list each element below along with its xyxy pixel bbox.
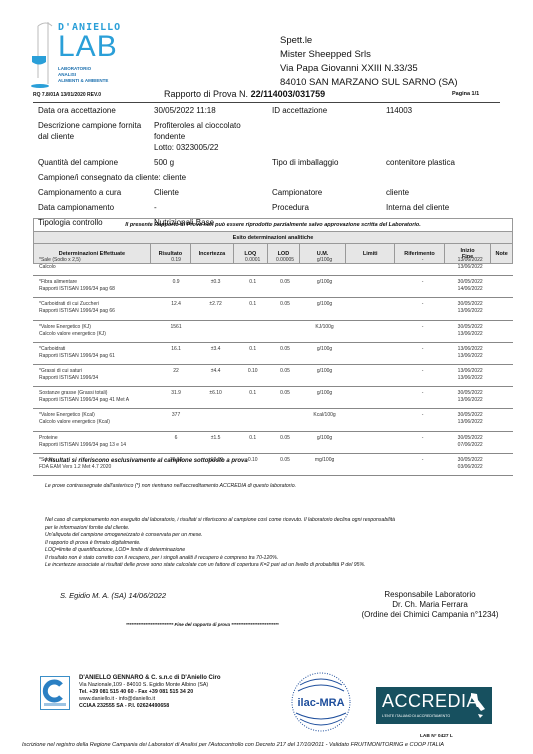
result-value: 22 — [157, 368, 195, 386]
test-name: *Sale (Sodio x 2,5) Calcolo — [33, 257, 157, 275]
info-label: Procedura — [272, 202, 386, 213]
result-value: 377 — [157, 412, 195, 430]
result-value: 12.4 — [157, 301, 195, 319]
lab-number: LAB N° 0427 L — [420, 734, 453, 739]
loq — [236, 412, 269, 430]
report-label: Rapporto di Prova N. — [164, 89, 248, 99]
info-value: Interna del cliente — [386, 202, 506, 213]
ilac-mra-logo: ilac-MRA — [290, 671, 352, 733]
company-address: Via Nazionale,109 - 84010 S. Egidio Mont… — [79, 682, 221, 689]
test-name: Proteine Rapporti ISTISAN 1996/34 pag 13… — [33, 435, 157, 453]
note — [494, 324, 513, 342]
company-phone: Tel. +39 081 515 40 60 - Fax +39 081 515… — [79, 689, 221, 696]
test-name: *Carboidrati di cui Zuccheri Rapporti IS… — [33, 301, 157, 319]
lod: 0.05 — [269, 390, 300, 408]
dates: 30/05/2022 07/06/2022 — [446, 435, 494, 453]
note — [494, 301, 513, 319]
reference: - — [399, 279, 447, 297]
limits — [348, 257, 398, 275]
lod: 0.05 — [269, 279, 300, 297]
dates: 13/06/2022 13/06/2022 — [446, 346, 494, 364]
result-value: 0.19 — [157, 257, 195, 275]
uncertainty: ±2.72 — [195, 301, 236, 319]
loq: 0.0001 — [236, 257, 269, 275]
unit: g/100g — [301, 435, 349, 453]
accredia-subtitle: L'ENTE ITALIANO DI ACCREDITAMENTO — [382, 714, 450, 718]
limits — [348, 279, 398, 297]
certification-logo — [40, 676, 70, 710]
unit: mg/100g — [301, 457, 349, 475]
signature-block: Responsabile Laboratorio Dr. Ch. Maria F… — [340, 590, 520, 620]
unit: g/100g — [301, 301, 349, 319]
reference: - — [399, 435, 447, 453]
test-name: *Valore Energetico (Kcal) Calcolo valore… — [33, 412, 157, 430]
registration-note: Iscrizione nel registro della Regione Ca… — [22, 742, 444, 748]
loq: 0.1 — [236, 346, 269, 364]
table-row: *Sale (Sodio x 2,5) Calcolo0.190.00010.0… — [33, 254, 513, 276]
form-code: RQ 7.8/01A 13/01/2020 REV.0 — [33, 92, 101, 98]
note — [494, 368, 513, 386]
info-value: contenitore plastica — [386, 157, 506, 168]
unit: Kcal/100g — [301, 412, 349, 430]
report-number: 22/114003/031759 — [251, 89, 326, 99]
info-label — [272, 120, 386, 153]
test-name: *Valore Energetico (KJ) Calcolo valore e… — [33, 324, 157, 342]
result-value: 6 — [157, 435, 195, 453]
test-name: *Grassi di cui saturi Rapporti ISTISAN 1… — [33, 368, 157, 386]
info-value: 30/05/2022 11:18 — [154, 105, 272, 116]
table-row: *Carboidrati di cui Zuccheri Rapporti IS… — [33, 298, 513, 320]
limits — [348, 457, 398, 475]
note — [494, 435, 513, 453]
logo-brand-sub: LABORATORIO ANALISI ALIMENTI & AMBIENTE — [58, 66, 110, 84]
ilac-globe-icon: ilac-MRA — [290, 671, 352, 733]
limits — [348, 324, 398, 342]
info-row: Quantità del campione500 gTipo di imball… — [38, 155, 508, 170]
end-of-report: *************************** Fine del rap… — [126, 622, 279, 627]
result-value: 1561 — [157, 324, 195, 342]
reference: - — [399, 390, 447, 408]
reference: - — [399, 257, 447, 275]
info-row: Campionamento a curaClienteCampionatorec… — [38, 185, 508, 200]
unit: g/100g — [301, 279, 349, 297]
results-scope-note: I risultati si riferiscono esclusivament… — [45, 458, 248, 464]
limits — [348, 412, 398, 430]
unit: g/100g — [301, 390, 349, 408]
lod: 0.05 — [269, 435, 300, 453]
reference: - — [399, 346, 447, 364]
asterisk-note: Le prove contrassegnate dall'asterisco (… — [45, 483, 296, 489]
signer-role: Responsabile Laboratorio — [340, 590, 520, 600]
lod: 0.05 — [269, 346, 300, 364]
lod: 0.05 — [269, 457, 300, 475]
note — [494, 346, 513, 364]
loq: 0.1 — [236, 390, 269, 408]
reference: - — [399, 457, 447, 475]
recipient-line: 84010 SAN MARZANO SUL SARNO (SA) — [280, 76, 458, 90]
info-label: Descrizione campione fornita dal cliente — [38, 120, 154, 153]
note-line: Le incertezze associate ai risultati del… — [45, 562, 505, 570]
table-row: *Grassi di cui saturi Rapporti ISTISAN 1… — [33, 365, 513, 387]
note — [494, 257, 513, 275]
uncertainty: ±0.3 — [195, 279, 236, 297]
note — [494, 457, 513, 475]
info-label: Data campionamento — [38, 202, 154, 213]
limits — [348, 368, 398, 386]
reference: - — [399, 412, 447, 430]
lod — [269, 412, 300, 430]
lod: 0.05 — [269, 301, 300, 319]
uncertainty: ±4.4 — [195, 368, 236, 386]
table-row: *Carboidrati Rapporti ISTISAN 1996/34 pa… — [33, 343, 513, 365]
table-row: Proteine Rapporti ISTISAN 1996/34 pag 13… — [33, 432, 513, 454]
result-value: 31.9 — [157, 390, 195, 408]
reference: - — [399, 301, 447, 319]
limits — [348, 301, 398, 319]
uncertainty — [195, 412, 236, 430]
company-registry: CCIAA 232555 SA - P.I. 02624490658 — [79, 703, 221, 710]
uncertainty: ±3.4 — [195, 346, 236, 364]
unit: g/100g — [301, 368, 349, 386]
uncertainty: ±1.5 — [195, 435, 236, 453]
report-title: Rapporto di Prova N. 22/114003/031759 — [164, 89, 325, 99]
note-line: Il rapporto di prova è firmato digitalme… — [45, 540, 505, 548]
loq: 0.1 — [236, 435, 269, 453]
info-value: 114003 — [386, 105, 506, 116]
info-row: Data ora accettazione30/05/2022 11:18ID … — [38, 103, 508, 118]
lod: 0.00005 — [269, 257, 300, 275]
dates: 30/05/2022 13/06/2022 — [446, 301, 494, 319]
dates: 30/05/2022 13/06/2022 — [446, 390, 494, 408]
lab-glassware-icon — [28, 18, 58, 90]
loq: 0.1 — [236, 301, 269, 319]
unit: KJ/100g — [301, 324, 349, 342]
note-line: per le informazioni fornite dal cliente. — [45, 525, 505, 533]
section-title: Esito determinazioni analitiche — [34, 232, 513, 244]
logo-sub-line-1: LABORATORIO ANALISI — [58, 66, 110, 78]
table-row: *Valore Energetico (KJ) Calcolo valore e… — [33, 321, 513, 343]
uncertainty: ±6.10 — [195, 390, 236, 408]
recipient-line: Spett.le — [280, 34, 458, 48]
recipient-line: Via Papa Giovanni XXIII N.33/35 — [280, 62, 458, 76]
info-row: Data campionamento-ProceduraInterna del … — [38, 200, 508, 215]
info-label: Tipo di imballaggio — [272, 157, 386, 168]
note — [494, 390, 513, 408]
info-label: Campionatore — [272, 187, 386, 198]
accredia-title: ACCREDIA — [382, 691, 479, 712]
dates: 30/05/2022 13/06/2022 — [446, 412, 494, 430]
dates: 30/05/2022 13/06/2022 — [446, 324, 494, 342]
note-line: Il risultato non è stato corretto con il… — [45, 555, 505, 563]
place-date: S. Egidio M. A. (SA) 14/06/2022 — [60, 591, 166, 600]
dates: 30/05/2022 14/06/2022 — [446, 279, 494, 297]
svg-text:ilac-MRA: ilac-MRA — [297, 697, 344, 709]
limits — [348, 435, 398, 453]
unit: g/100g — [301, 346, 349, 364]
info-value: - — [154, 202, 272, 213]
table-row: *Fibra alimentare Rapporti ISTISAN 1996/… — [33, 276, 513, 298]
info-label: Data ora accettazione — [38, 105, 154, 116]
dates: 13/06/2022 13/06/2022 — [446, 257, 494, 275]
dates: 13/06/2022 13/06/2022 — [446, 368, 494, 386]
italy-map-icon — [468, 691, 486, 719]
info-value: cliente — [386, 187, 506, 198]
dates: 30/05/2022 03/06/2022 — [446, 457, 494, 475]
info-label: ID accettazione — [272, 105, 386, 116]
signer-name: Dr. Ch. Maria Ferrara — [340, 600, 520, 610]
table-row: *Valore Energetico (Kcal) Calcolo valore… — [33, 409, 513, 431]
info-label: Quantità del campione — [38, 157, 154, 168]
reproduction-notice: Il presente Rapporto di Prova non può es… — [34, 219, 513, 232]
result-value: 0.9 — [157, 279, 195, 297]
lod — [269, 324, 300, 342]
test-name: Sostanze grasse (Grassi totali) Rapporti… — [33, 390, 157, 408]
uncertainty — [195, 257, 236, 275]
results-table-body: *Sale (Sodio x 2,5) Calcolo0.190.00010.0… — [33, 254, 513, 476]
loq — [236, 324, 269, 342]
recipient-address: Spett.le Mister Sheepped Srls Via Papa G… — [280, 34, 458, 90]
loq: 0.10 — [236, 368, 269, 386]
info-label: Campionamento a cura — [38, 187, 154, 198]
test-name: *Carboidrati Rapporti ISTISAN 1996/34 pa… — [33, 346, 157, 364]
company-info: D'ANIELLO GENNARO & C. s.n.c di D'Aniell… — [79, 675, 221, 710]
info-value: 500 g — [154, 157, 272, 168]
c-ring-icon — [41, 677, 69, 709]
lod: 0.05 — [269, 368, 300, 386]
note-line: LOQ=limite di quantificazione, LOD= limi… — [45, 547, 505, 555]
result-value: 16.1 — [157, 346, 195, 364]
info-row: Descrizione campione fornita dal cliente… — [38, 118, 508, 155]
info-value: Profiteroles al cioccolato fondente Lott… — [154, 120, 272, 153]
note-line: Un'aliquota del campione omogeneizzato è… — [45, 532, 505, 540]
info-row: Campione/i consegnato da cliente: client… — [38, 170, 508, 185]
company-name: D'ANIELLO GENNARO & C. s.n.c di D'Aniell… — [79, 675, 221, 682]
unit: g/100g — [301, 257, 349, 275]
loq: 0.1 — [236, 279, 269, 297]
recipient-line: Mister Sheepped Srls — [280, 48, 458, 62]
signer-order: (Ordine dei Chimici Campania n°1234) — [340, 610, 520, 620]
page-number: Pagina 1/1 — [452, 91, 479, 97]
uncertainty — [195, 324, 236, 342]
info-label: Campione/i consegnato da cliente: client… — [38, 172, 186, 183]
logo-sub-line-2: ALIMENTI & AMBIENTE — [58, 78, 110, 84]
accredia-logo: ACCREDIA L'ENTE ITALIANO DI ACCREDITAMEN… — [376, 687, 492, 724]
lab-logo: D'ANIELLO LAB LABORATORIO ANALISI ALIMEN… — [28, 18, 110, 90]
note — [494, 279, 513, 297]
test-name: *Fibra alimentare Rapporti ISTISAN 1996/… — [33, 279, 157, 297]
disclaimer-notes: Nel caso di campionamento non eseguito d… — [45, 517, 505, 570]
reference: - — [399, 324, 447, 342]
company-web[interactable]: www.daniello.it - info@daniello.it — [79, 696, 221, 703]
info-value: Cliente — [154, 187, 272, 198]
reference: - — [399, 368, 447, 386]
note-line: Nel caso di campionamento non eseguito d… — [45, 517, 505, 525]
info-value — [386, 120, 506, 153]
limits — [348, 346, 398, 364]
note — [494, 412, 513, 430]
table-row: Sostanze grasse (Grassi totali) Rapporti… — [33, 387, 513, 409]
limits — [348, 390, 398, 408]
logo-brand-main: LAB — [58, 32, 118, 62]
